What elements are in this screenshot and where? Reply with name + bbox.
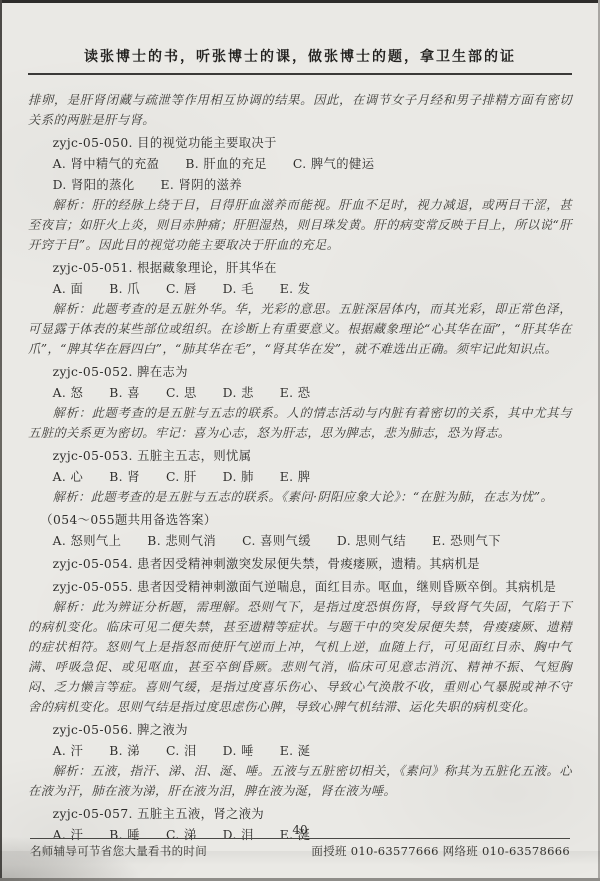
scanned-page: 读张博士的书，听张博士的课，做张博士的题，拿卫生部的证 排卵，是肝肾闭藏与疏泄等…: [0, 0, 600, 881]
option: C. 脾气的健运: [293, 154, 374, 174]
footer-row: 名师辅导可节省您大量看书的时间 面授班 010-63577666 网络班 010…: [30, 838, 570, 859]
header-slogan: 读张博士的书，听张博士的课，做张博士的题，拿卫生部的证: [0, 46, 600, 66]
analysis-paragraph-continued: 排卵，是肝肾闭藏与疏泄等作用相互协调的结果。因此，在调节女子月经和男子排精方面有…: [28, 90, 572, 130]
question-line-053: zyjc-05-053. 五脏主五志，则忧属: [28, 446, 572, 466]
question-line-054: zyjc-05-054. 患者因受精神刺激突发尿便失禁，骨痠痿厥，遗精。其病机是: [28, 554, 572, 574]
question-line-050: zyjc-05-050. 目的视觉功能主要取决于: [28, 133, 572, 153]
options-row-056: A. 汗 B. 涕 C. 泪 D. 唾 E. 涎: [53, 741, 572, 761]
option: C. 唇: [166, 279, 197, 299]
question-line-056: zyjc-05-056. 脾之液为: [28, 720, 572, 740]
options-row-052: A. 怒 B. 喜 C. 思 D. 悲 E. 恐: [53, 383, 572, 403]
option: A. 汗: [53, 741, 84, 761]
options-row-050-abc: A. 肾中精气的充盈 B. 肝血的充足 C. 脾气的健运: [53, 154, 572, 174]
option: A. 怒: [53, 383, 84, 403]
option: A. 怒则气上: [53, 531, 122, 551]
option: D. 毛: [223, 279, 254, 299]
question-line-055: zyjc-05-055. 患者因受精神刺激面气逆喘息，面红目赤。呕血，继则昏厥卒…: [28, 577, 572, 597]
analysis-paragraph-056: 解析：五液，指汗、涕、泪、涎、唾。五液与五脏密切相关，《素问》称其为五脏化五液。…: [28, 761, 572, 801]
analysis-paragraph-052: 解析：此题考查的是五脏与五志的联系。人的情志活动与内脏有着密切的关系，其中尤其与…: [28, 403, 572, 443]
analysis-paragraph-051: 解析：此题考查的是五脏外华。华，光彩的意思。五脏深居体内，而其光彩，即正常色泽，…: [28, 299, 572, 359]
scan-edge-top: [0, 0, 600, 3]
page-number: 40: [30, 823, 570, 837]
header-rule: [28, 73, 572, 75]
option: B. 肾: [109, 467, 140, 487]
option: E. 恐则气下: [432, 531, 501, 551]
scan-edge-left: [0, 0, 2, 881]
option: D. 肺: [223, 467, 254, 487]
option: B. 喜: [109, 383, 140, 403]
option: E. 脾: [280, 467, 311, 487]
option: C. 泪: [166, 741, 197, 761]
options-row-050-de: D. 肾阳的蒸化 E. 肾阴的滋养: [53, 175, 572, 195]
options-row-053: A. 心 B. 肾 C. 肝 D. 肺 E. 脾: [53, 467, 572, 487]
analysis-paragraph-053: 解析：此题考查的是五脏与五志的联系。《素问·阴阳应象大论》：“在脏为肺，在志为忧…: [28, 487, 572, 507]
option: C. 思: [166, 383, 197, 403]
option: E. 肾阴的滋养: [161, 175, 242, 195]
page-header: 读张博士的书，听张博士的课，做张博士的题，拿卫生部的证: [0, 0, 600, 75]
options-row-shared-054-055: A. 怒则气上 B. 悲则气消 C. 喜则气缓 D. 思则气结 E. 恐则气下: [53, 531, 572, 551]
option: B. 肝血的充足: [185, 154, 267, 174]
option: C. 肝: [166, 467, 197, 487]
option: D. 思则气结: [337, 531, 406, 551]
option: C. 喜则气缓: [242, 531, 311, 551]
analysis-paragraph-050: 解析：肝的经脉上绕于目，目得肝血滋养而能视。肝血不足时，视力减退，或两目干涩，甚…: [28, 195, 572, 255]
option: A. 面: [53, 279, 84, 299]
question-line-057: zyjc-05-057. 五脏主五液，肾之液为: [28, 804, 572, 824]
option: D. 悲: [223, 383, 254, 403]
option: B. 悲则气消: [147, 531, 216, 551]
footer-right-text: 面授班 010-63577666 网络班 010-63578666: [311, 843, 570, 859]
option: E. 恐: [280, 383, 311, 403]
page-footer: 40 名师辅导可节省您大量看书的时间 面授班 010-63577666 网络班 …: [30, 823, 570, 859]
question-line-051: zyjc-05-051. 根据藏象理论，肝其华在: [28, 258, 572, 278]
option: B. 涕: [109, 741, 140, 761]
option: D. 唾: [223, 741, 254, 761]
page-content: 排卵，是肝肾闭藏与疏泄等作用相互协调的结果。因此，在调节女子月经和男子排精方面有…: [0, 90, 600, 845]
option: D. 肾阳的蒸化: [53, 175, 135, 195]
option: B. 爪: [109, 279, 140, 299]
option: A. 肾中精气的充盈: [53, 154, 160, 174]
option: E. 发: [280, 279, 311, 299]
option: E. 涎: [280, 741, 311, 761]
question-line-052: zyjc-05-052. 脾在志为: [28, 362, 572, 382]
options-row-051: A. 面 B. 爪 C. 唇 D. 毛 E. 发: [53, 279, 572, 299]
footer-left-text: 名师辅导可节省您大量看书的时间: [30, 843, 207, 859]
shared-answers-note: （054～055题共用备选答案）: [28, 510, 572, 530]
analysis-paragraph-054-055: 解析：此为辨证分析题，需理解。恐则气下，是指过度恐惧伤肾，导致肾气失固，气陷于下…: [28, 597, 572, 717]
option: A. 心: [53, 467, 84, 487]
